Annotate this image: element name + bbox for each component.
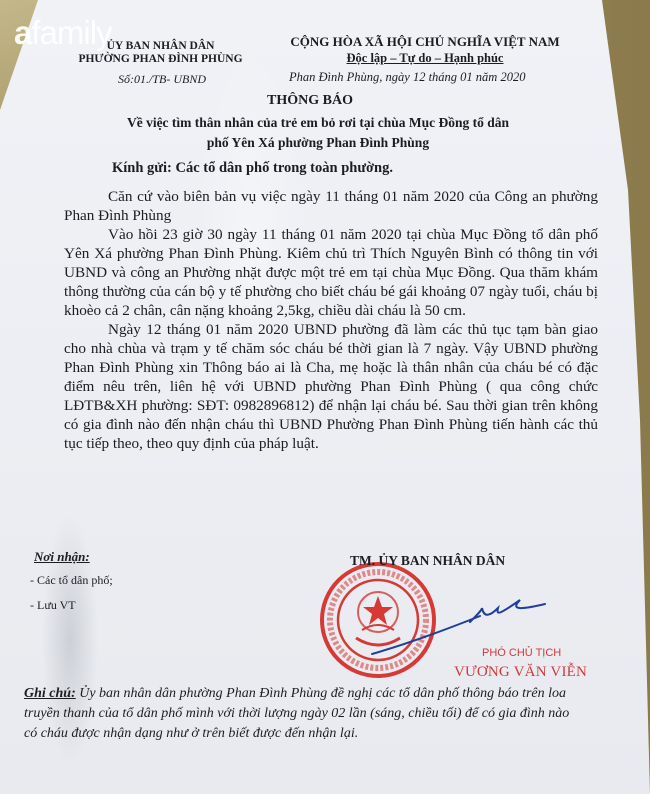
nation-name: CỘNG HÒA XÃ HỘI CHỦ NGHĨA VIỆT NAM xyxy=(280,34,570,50)
signer-position: PHÓ CHỦ TỊCH xyxy=(482,647,561,659)
dateline: Phan Đình Phùng, ngày 12 tháng 01 năm 20… xyxy=(289,70,525,85)
greeting: Kính gửi: Các tổ dân phố trong toàn phườ… xyxy=(112,160,393,177)
national-motto: Độc lập – Tự do – Hạnh phúc xyxy=(280,51,570,66)
signing-organization: TM. ỦY BAN NHÂN DÂN xyxy=(350,553,505,569)
national-header: CỘNG HÒA XÃ HỘI CHỦ NGHĨA VIỆT NAM Độc l… xyxy=(280,34,570,66)
document-subject: Về việc tìm thân nhân của trẻ em bỏ rơi … xyxy=(78,113,558,153)
recipient-item: - Lưu VT xyxy=(30,598,113,613)
issuing-organization: ỦY BAN NHÂN DÂN PHƯỜNG PHAN ĐÌNH PHÙNG xyxy=(78,40,243,66)
document-body: Căn cứ vào biên bản vụ việc ngày 11 thán… xyxy=(64,187,598,453)
recipients-block: Nơi nhận: - Các tổ dân phố; - Lưu VT xyxy=(30,549,113,623)
org-line-1: ỦY BAN NHÂN DÂN xyxy=(78,40,243,53)
note-block: Ghi chú: Ủy ban nhân dân phường Phan Đìn… xyxy=(24,684,584,744)
note-text: Ủy ban nhân dân phường Phan Đình Phùng đ… xyxy=(24,686,569,741)
recipient-item: - Các tổ dân phố; xyxy=(30,573,113,588)
document-title: THÔNG BÁO xyxy=(0,93,620,109)
paragraph: Căn cứ vào biên bản vụ việc ngày 11 thán… xyxy=(64,187,598,225)
org-line-2: PHƯỜNG PHAN ĐÌNH PHÙNG xyxy=(78,53,243,66)
recipients-label: Nơi nhận: xyxy=(34,549,113,565)
signer-name: VƯƠNG VĂN VIỄN xyxy=(454,664,587,681)
note-label: Ghi chú: xyxy=(24,686,76,701)
document-number: Số:01./TB- UBND xyxy=(118,72,206,87)
paragraph: Vào hồi 23 giờ 30 ngày 11 tháng 01 năm 2… xyxy=(64,225,598,320)
paragraph: Ngày 12 tháng 01 năm 2020 UBND phường đã… xyxy=(64,320,598,453)
